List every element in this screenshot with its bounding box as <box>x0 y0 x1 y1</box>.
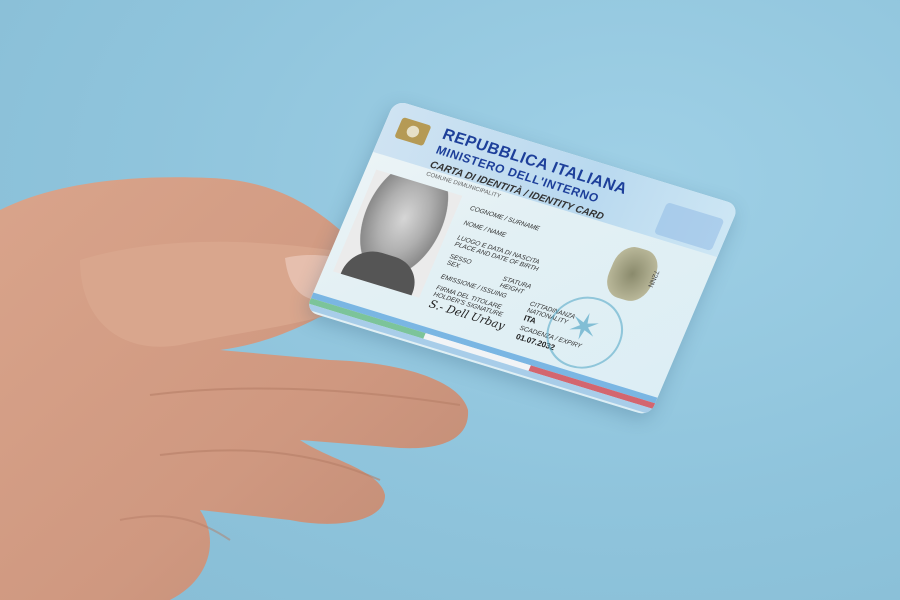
name-label: NOME / NAME <box>462 220 507 239</box>
photo-scene: REPUBBLICA ITALIANA MINISTERO DELL'INTER… <box>0 0 900 600</box>
sex-label: SESSO SEX <box>446 253 473 273</box>
